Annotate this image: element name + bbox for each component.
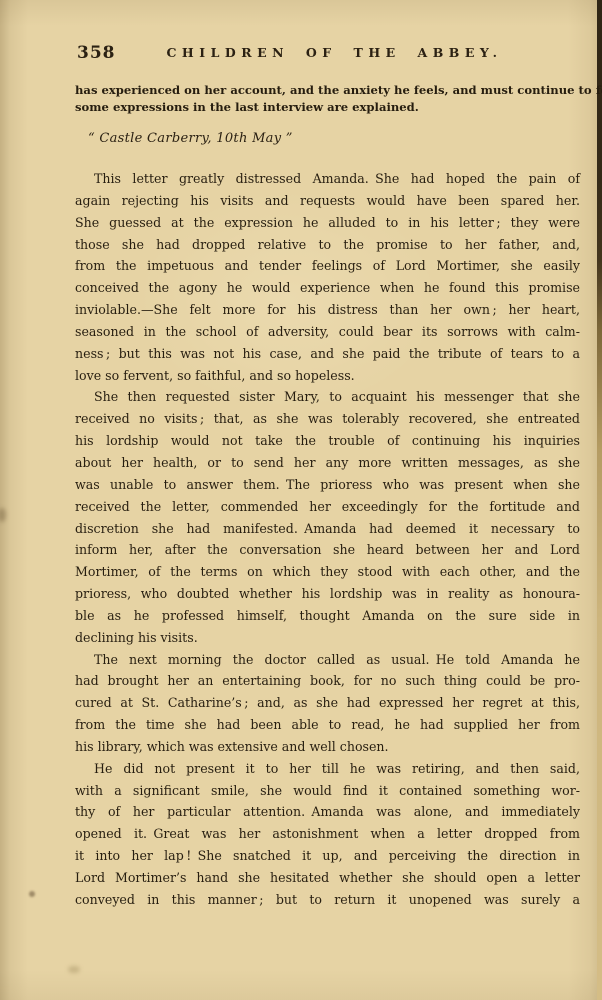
paragraph-line: had brought her an entertaining book, fo…	[75, 670, 580, 692]
paragraph-line: from the impetuous and tender feelings o…	[75, 255, 580, 277]
excerpt-line-1: has experienced on her account, and the …	[75, 82, 580, 99]
paragraph-line: his library, which was extensive and wel…	[75, 736, 580, 758]
excerpt-line-2: some expressions in the last interview a…	[75, 99, 580, 116]
paragraph-line: Lord Mortimer’s hand she hesitated wheth…	[75, 867, 580, 889]
paragraph-line: thy of her particular attention. Amanda …	[75, 801, 580, 823]
paragraph-line: discretion she had manifested. Amanda ha…	[75, 518, 580, 540]
running-title: CHILDREN OF THE ABBEY.	[75, 45, 580, 60]
scan-right-edge	[597, 0, 602, 1000]
paragraph-line: inviolable.—She felt more for his distre…	[75, 299, 580, 321]
paragraph-line: This letter greatly distressed Amanda. S…	[75, 168, 580, 190]
body-paragraph-4: He did not present it to her till he was…	[75, 758, 580, 911]
paragraph-line: received the letter, commended her excee…	[75, 496, 580, 518]
paragraph-line: cured at St. Catharine’s ; and, as she h…	[75, 692, 580, 714]
paragraph-line: those she had dropped relative to the pr…	[75, 234, 580, 256]
body-text: This letter greatly distressed Amanda. S…	[75, 168, 580, 911]
book-page-scan: 358 CHILDREN OF THE ABBEY. has experienc…	[0, 0, 602, 1000]
paragraph-line: seasoned in the school of adversity, cou…	[75, 321, 580, 343]
paragraph-line: ness ; but this was not his case, and sh…	[75, 343, 580, 365]
paragraph-line: She guessed at the expression he alluded…	[75, 212, 580, 234]
letter-dateline: “ Castle Carberry, 10th May ”	[88, 131, 293, 146]
body-paragraph-1: This letter greatly distressed Amanda. S…	[75, 168, 580, 386]
paragraph-line: Mortimer, of the terms on which they sto…	[75, 561, 580, 583]
paragraph-line: ble as he professed himself, thought Ama…	[75, 605, 580, 627]
paragraph-line: The next morning the doctor called as us…	[75, 649, 580, 671]
paragraph-line: again rejecting his visits and requests …	[75, 190, 580, 212]
paper-blemish	[29, 891, 35, 897]
paragraph-line: was unable to answer them. The prioress …	[75, 474, 580, 496]
paragraph-line: opened it. Great was her astonishment wh…	[75, 823, 580, 845]
paragraph-line: conveyed in this manner ; but to return …	[75, 889, 580, 911]
paragraph-line: prioress, who doubted whether his lordsh…	[75, 583, 580, 605]
paragraph-line: it into her lap ! She snatched it up, an…	[75, 845, 580, 867]
excerpt-line-1-text: has experienced on her account, and the …	[75, 83, 596, 97]
paragraph-line: about her health, or to send her any mor…	[75, 452, 580, 474]
body-paragraph-2: She then requested sister Mary, to acqua…	[75, 386, 580, 648]
page-number: 358	[77, 43, 116, 63]
paragraph-line: inform her, after the conversation she h…	[75, 539, 580, 561]
body-paragraph-3: The next morning the doctor called as us…	[75, 649, 580, 758]
paragraph-line: She then requested sister Mary, to acqua…	[75, 386, 580, 408]
paragraph-line: love so fervent, so faithful, and so hop…	[75, 365, 580, 387]
running-header: 358 CHILDREN OF THE ABBEY.	[75, 45, 580, 65]
paragraph-line: with a significant smile, she would find…	[75, 780, 580, 802]
paper-blemish	[0, 508, 6, 522]
letter-excerpt: has experienced on her account, and the …	[75, 82, 580, 116]
paragraph-line: He did not present it to her till he was…	[75, 758, 580, 780]
paper-blemish	[68, 966, 80, 973]
paragraph-line: conceived the agony he would experience …	[75, 277, 580, 299]
paragraph-line: declining his visits.	[75, 627, 580, 649]
paragraph-line: received no visits ; that, as she was to…	[75, 408, 580, 430]
excerpt-line-1-bold-text: feel, till	[596, 83, 602, 97]
paragraph-line: from the time she had been able to read,…	[75, 714, 580, 736]
paragraph-line: his lordship would not take the trouble …	[75, 430, 580, 452]
